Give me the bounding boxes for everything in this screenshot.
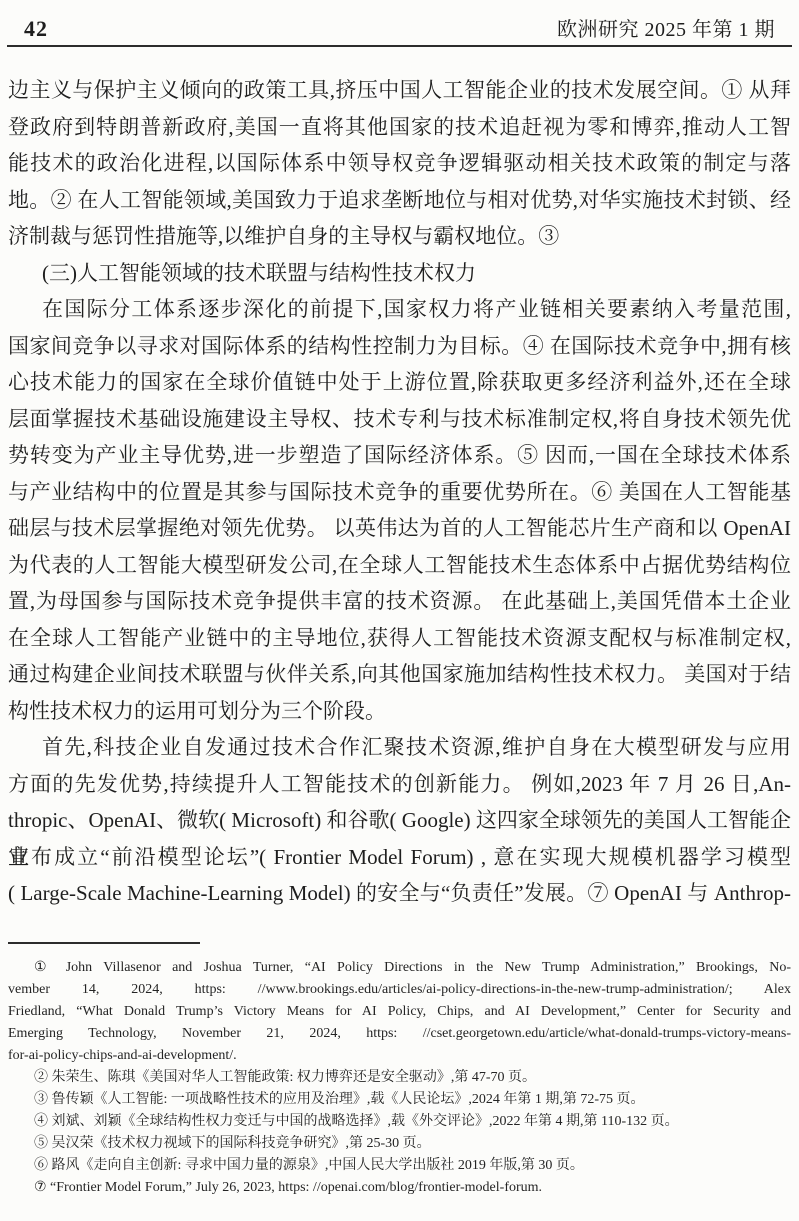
body-text-line: 层面掌握技术基础设施建设主导权、技术专利与技术标准制定权,将自身技术领先优 (8, 401, 791, 438)
footnote-line: ⑥ 路风《走向自主创新: 寻求中国力量的源泉》,中国人民大学出版社 2019 年… (8, 1155, 791, 1177)
header-divider (7, 45, 792, 47)
article-body: 边主义与保护主义倾向的政策工具,挤压中国人工智能企业的技术发展空间。① 从拜登政… (8, 72, 791, 912)
body-text-line: thropic、OpenAI、微软( Microsoft) 和谷歌( Googl… (8, 802, 791, 839)
footnote-line: vember 14, 2024, https: //www.brookings.… (8, 979, 791, 1001)
body-text-line: 地。② 在人工智能领域,美国致力于追求垄断地位与相对优势,对华实施技术封锁、经 (8, 182, 791, 219)
body-text-line: 为代表的人工智能大模型研发公司,在全球人工智能技术生态体系中占据优势结构位 (8, 547, 791, 584)
body-text-line: (三)人工智能领域的技术联盟与结构性技术权力 (8, 255, 791, 292)
page-number: 42 (24, 16, 48, 42)
body-text-line: 国家间竞争以寻求对国际体系的结构性控制力为目标。④ 在国际技术竞争中,拥有核 (8, 328, 791, 365)
body-text-line: 在全球人工智能产业链中的主导地位,获得人工智能技术资源支配权与标准制定权, (8, 620, 791, 657)
page-header: 42 欧洲研究 2025 年第 1 期 (0, 0, 799, 42)
body-text-line: 能技术的政治化进程,以国际体系中领导权竞争逻辑驱动相关技术政策的制定与落 (8, 145, 791, 182)
body-text-line: 构性技术权力的运用可划分为三个阶段。 (8, 693, 791, 730)
body-text-line: 方面的先发优势,持续提升人工智能技术的创新能力。 例如,2023 年 7 月 2… (8, 766, 791, 803)
body-text-line: 济制裁与惩罚性措施等,以维护自身的主导权与霸权地位。③ (8, 218, 791, 255)
footnote-line: ⑤ 吴汉荣《技术权力视域下的国际科技竞争研究》,第 25-30 页。 (8, 1133, 791, 1155)
footnote-line: ① John Villasenor and Joshua Turner, “AI… (8, 957, 791, 979)
body-text-line: 心技术能力的国家在全球价值链中处于上游位置,除获取更多经济利益外,还在全球 (8, 364, 791, 401)
body-text-line: ( Large-Scale Machine-Learning Model) 的安… (8, 875, 791, 912)
body-text-line: 首先,科技企业自发通过技术合作汇聚技术资源,维护自身在大模型研发与应用 (8, 729, 791, 766)
body-text-line: 边主义与保护主义倾向的政策工具,挤压中国人工智能企业的技术发展空间。① 从拜 (8, 72, 791, 109)
footnote-line: ③ 鲁传颖《人工智能: 一项战略性技术的应用及治理》,载《人民论坛》,2024 … (8, 1089, 791, 1111)
footnote-line: ⑦ “Frontier Model Forum,” July 26, 2023,… (8, 1177, 791, 1199)
body-text-line: 宣布成立“前沿模型论坛”( Frontier Model Forum) , 意在… (8, 839, 791, 876)
body-text-line: 在国际分工体系逐步深化的前提下,国家权力将产业链相关要素纳入考量范围, (8, 291, 791, 328)
body-text-line: 通过构建企业间技术联盟与伙伴关系,向其他国家施加结构性技术权力。 美国对于结 (8, 656, 791, 693)
footnotes-section: ① John Villasenor and Joshua Turner, “AI… (8, 957, 791, 1199)
journal-issue-title: 欧洲研究 2025 年第 1 期 (557, 13, 775, 42)
footnote-line: ④ 刘斌、刘颖《全球结构性权力变迁与中国的战略选择》,载《外交评论》,2022 … (8, 1111, 791, 1133)
body-text-line: 势转变为产业主导优势,进一步塑造了国际经济体系。⑤ 因而,一国在全球技术体系 (8, 437, 791, 474)
footnote-line: Emerging Technology, November 21, 2024, … (8, 1023, 791, 1045)
body-text-line: 置,为母国参与国际技术竞争提供丰富的技术资源。 在此基础上,美国凭借本土企业 (8, 583, 791, 620)
body-text-line: 础层与技术层掌握绝对领先优势。 以英伟达为首的人工智能芯片生产商和以 OpenA… (8, 510, 791, 547)
footnote-line: for-ai-policy-chips-and-ai-development/. (8, 1045, 791, 1067)
footnote-line: ② 朱荣生、陈琪《美国对华人工智能政策: 权力博弈还是安全驱动》,第 47-70… (8, 1067, 791, 1089)
footnote-divider (8, 942, 200, 944)
body-text-line: 与产业结构中的位置是其参与国际技术竞争的重要优势所在。⑥ 美国在人工智能基 (8, 474, 791, 511)
journal-page: 42 欧洲研究 2025 年第 1 期 边主义与保护主义倾向的政策工具,挤压中国… (0, 0, 799, 1221)
body-text-line: 登政府到特朗普新政府,美国一直将其他国家的技术追赶视为零和博弈,推动人工智 (8, 109, 791, 146)
footnote-line: Friedland, “What Donald Trump’s Victory … (8, 1001, 791, 1023)
